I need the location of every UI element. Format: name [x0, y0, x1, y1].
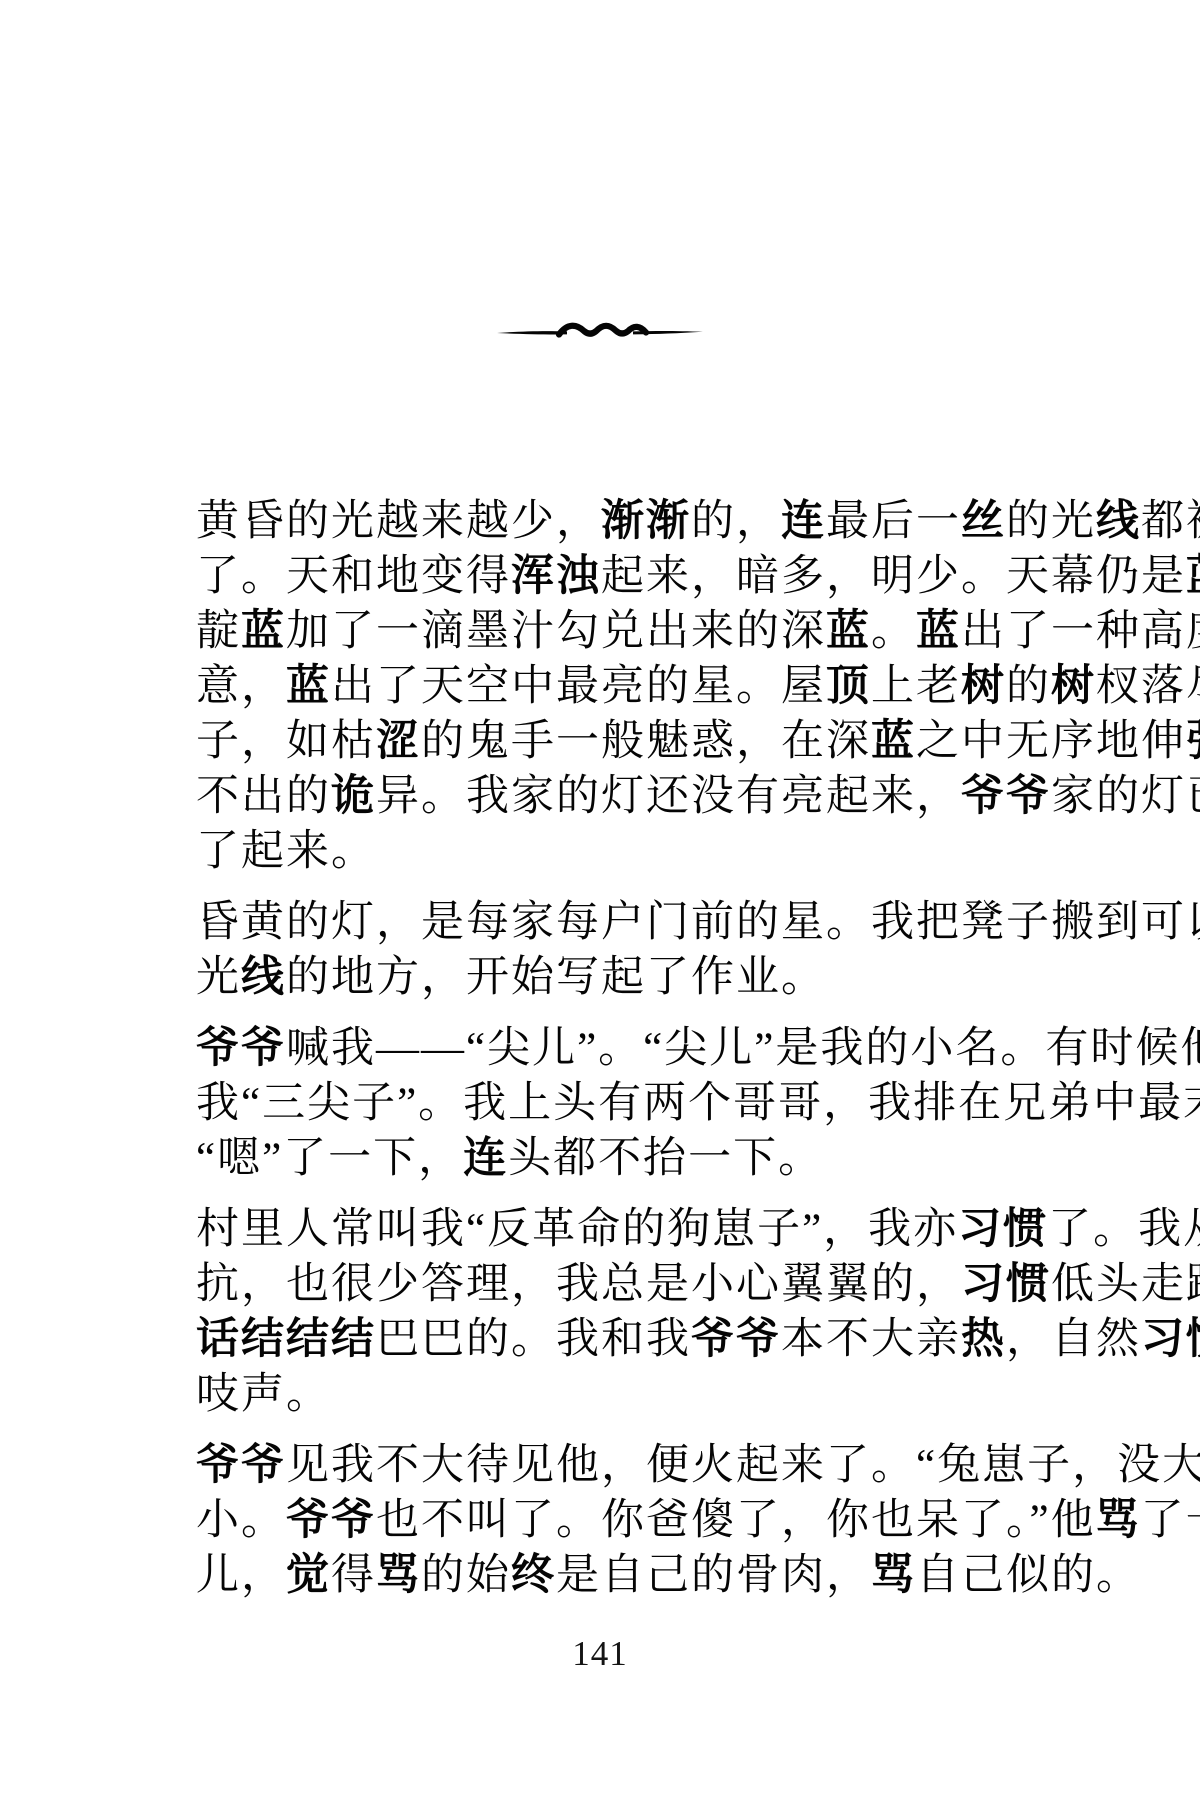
text-run: 了。我从不反 — [1048, 1206, 1200, 1253]
text-line: 靛蓝加了一滴墨汁勾兑出来的深蓝。蓝出了一种高度和深 — [196, 604, 1046, 659]
bold-text-run: 丝 — [961, 498, 1006, 545]
text-line: 儿，觉得骂的始终是自己的骨肉，骂自己似的。 — [196, 1548, 1046, 1603]
text-run: 上老 — [871, 663, 961, 710]
bold-text-run: 树 — [961, 663, 1006, 710]
bold-text-run: 蓝 — [241, 608, 286, 655]
text-run: 起来，暗多，明少。天幕仍是 — [601, 553, 1186, 600]
bold-text-run: 爷爷 — [196, 1025, 286, 1072]
text-line: 话结结结巴巴的。我和我爷爷本不大亲热，自然习惯了不 — [196, 1312, 1046, 1367]
text-line: 小。爷爷也不叫了。你爸傻了，你也呆了。”他骂了一会 — [196, 1493, 1046, 1548]
bold-text-run: 习惯 — [1141, 1316, 1200, 1363]
text-run: 的鬼手一般魅惑，在深 — [421, 718, 871, 765]
bold-text-run: 连 — [463, 1135, 508, 1182]
section-divider — [0, 0, 1200, 346]
bold-text-run: 爷爷 — [196, 1442, 286, 1489]
bold-text-run: 张 — [1186, 718, 1200, 765]
text-run: 。 — [871, 608, 916, 655]
text-run: 了一会 — [1141, 1497, 1200, 1544]
bold-text-run: 爷爷 — [286, 1497, 376, 1544]
text-run: 我“三尖子”。我上头有两个哥哥，我排在兄弟中最末。我 — [196, 1080, 1200, 1127]
text-run: “嗯”了一下， — [196, 1135, 463, 1182]
text-run: 不出的 — [196, 773, 331, 820]
rope-flourish-divider-icon — [495, 318, 705, 346]
bold-text-run: 浑浊 — [511, 553, 601, 600]
bold-text-run: 蓝 — [871, 718, 916, 765]
text-line: 爷爷喊我——“尖儿”。“尖儿”是我的小名。有时候他们喊 — [196, 1021, 1046, 1076]
text-run: 意， — [196, 663, 286, 710]
bold-text-run: 蓝 — [1186, 553, 1200, 600]
text-run: 的光 — [1006, 498, 1096, 545]
bold-text-run: 蓝 — [826, 608, 871, 655]
book-page: 黄昏的光越来越少，渐渐的，连最后一丝的光线都被收走了。天和地变得浑浊起来，暗多，… — [0, 0, 1200, 1603]
bold-text-run: 渐渐 — [601, 498, 691, 545]
bold-text-run: 话结结结 — [196, 1316, 376, 1363]
bold-text-run: 骂 — [376, 1552, 421, 1599]
bold-text-run: 习惯 — [958, 1206, 1048, 1253]
bold-text-run: 觉 — [286, 1552, 331, 1599]
text-run: 加了一滴墨汁勾兑出来的深 — [286, 608, 826, 655]
bold-text-run: 连 — [781, 498, 826, 545]
bold-text-run: 线 — [1096, 498, 1141, 545]
paragraph-2: 昏黄的灯，是每家每户门前的星。我把凳子搬到可以照到光线的地方，开始写起了作业。 — [196, 895, 1046, 1005]
bold-text-run: 线 — [241, 954, 286, 1001]
text-line: 黄昏的光越来越少，渐渐的，连最后一丝的光线都被收走 — [196, 494, 1046, 549]
bold-text-run: 终 — [511, 1552, 556, 1599]
text-run: 也不叫了。你爸傻了，你也呆了。”他 — [376, 1497, 1096, 1544]
bold-text-run: 骂 — [871, 1552, 916, 1599]
text-run: 了。天和地变得 — [196, 553, 511, 600]
paragraph-5: 爷爷见我不大待见他，便火起来了。“兔崽子，没大没小。爷爷也不叫了。你爸傻了，你也… — [196, 1438, 1046, 1603]
text-run: 杈落尽了叶 — [1096, 663, 1200, 710]
text-line: 我“三尖子”。我上头有两个哥哥，我排在兄弟中最末。我 — [196, 1076, 1046, 1131]
text-line: 抗，也很少答理，我总是小心翼翼的，习惯低头走路，说 — [196, 1257, 1046, 1312]
text-line: 子，如枯涩的鬼手一般魅惑，在深蓝之中无序地伸张，说 — [196, 714, 1046, 769]
text-line: 了起来。 — [196, 824, 1046, 879]
text-run: 出了一种高度和深 — [961, 608, 1200, 655]
text-run: 喊我——“尖儿”。“尖儿”是我的小名。有时候他 — [286, 1025, 1200, 1072]
text-run: 昏黄的灯，是每家每户门前的星。我把凳子搬到可以照到 — [196, 899, 1200, 946]
text-run: ，自然 — [1006, 1316, 1141, 1363]
text-run: 光 — [196, 954, 241, 1001]
bold-text-run: 诡 — [331, 773, 376, 820]
text-run: 是自己的骨肉， — [556, 1552, 871, 1599]
text-line: 了。天和地变得浑浊起来，暗多，明少。天幕仍是蓝，是 — [196, 549, 1046, 604]
text-run: 儿， — [196, 1552, 286, 1599]
text-line: 意，蓝出了天空中最亮的星。屋顶上老树的树杈落尽了叶 — [196, 659, 1046, 714]
text-run: 子，如枯 — [196, 718, 376, 765]
text-line: 昏黄的灯，是每家每户门前的星。我把凳子搬到可以照到 — [196, 895, 1046, 950]
text-run: 低头走路， — [1051, 1261, 1200, 1308]
text-run: 的， — [691, 498, 781, 545]
bold-text-run: 爷爷 — [691, 1316, 781, 1363]
text-line: 吱声。 — [196, 1367, 1046, 1422]
paragraph-1: 黄昏的光越来越少，渐渐的，连最后一丝的光线都被收走了。天和地变得浑浊起来，暗多，… — [196, 494, 1046, 879]
text-block: 黄昏的光越来越少，渐渐的，连最后一丝的光线都被收走了。天和地变得浑浊起来，暗多，… — [196, 494, 1046, 1603]
text-run: 本不大亲 — [781, 1316, 961, 1363]
text-run: 巴巴的。我和我 — [376, 1316, 691, 1363]
paragraph-4: 村里人常叫我“反革命的狗崽子”，我亦习惯了。我从不反抗，也很少答理，我总是小心翼… — [196, 1202, 1046, 1422]
text-line: “嗯”了一下，连头都不抬一下。 — [196, 1131, 1046, 1186]
text-run: 都被收走 — [1141, 498, 1200, 545]
text-line: 村里人常叫我“反革命的狗崽子”，我亦习惯了。我从不反 — [196, 1202, 1046, 1257]
text-run: 头都不抬一下。 — [508, 1135, 823, 1182]
page-number: 141 — [0, 1634, 1200, 1674]
text-line: 爷爷见我不大待见他，便火起来了。“兔崽子，没大没 — [196, 1438, 1046, 1493]
bold-text-run: 蓝 — [286, 663, 331, 710]
text-run: 吱声。 — [196, 1371, 331, 1418]
text-run: 了起来。 — [196, 828, 376, 875]
text-run: 之中无序地伸 — [916, 718, 1186, 765]
bold-text-run: 热 — [961, 1316, 1006, 1363]
text-run: 自己似的。 — [916, 1552, 1141, 1599]
bold-text-run: 顶 — [826, 663, 871, 710]
text-run: 最后一 — [826, 498, 961, 545]
text-run: 村里人常叫我“反革命的狗崽子”，我亦 — [196, 1206, 958, 1253]
text-run: 黄昏的光越来越少， — [196, 498, 601, 545]
text-run: 出了天空中最亮的星。屋 — [331, 663, 826, 710]
text-run: 抗，也很少答理，我总是小心翼翼的， — [196, 1261, 961, 1308]
bold-text-run: 爷爷 — [961, 773, 1051, 820]
text-run: 家的灯已经亮 — [1051, 773, 1200, 820]
bold-text-run: 树 — [1051, 663, 1096, 710]
text-run: 见我不大待见他，便火起来了。“兔崽子，没大没 — [286, 1442, 1200, 1489]
bold-text-run: 涩 — [376, 718, 421, 765]
text-run: 的地方，开始写起了作业。 — [286, 954, 826, 1001]
bold-text-run: 骂 — [1096, 1497, 1141, 1544]
bold-text-run: 蓝 — [916, 608, 961, 655]
text-run: 得 — [331, 1552, 376, 1599]
bold-text-run: 习惯 — [961, 1261, 1051, 1308]
paragraph-3: 爷爷喊我——“尖儿”。“尖儿”是我的小名。有时候他们喊我“三尖子”。我上头有两个… — [196, 1021, 1046, 1186]
text-line: 不出的诡异。我家的灯还没有亮起来，爷爷家的灯已经亮 — [196, 769, 1046, 824]
text-line: 光线的地方，开始写起了作业。 — [196, 950, 1046, 1005]
text-run: 靛 — [196, 608, 241, 655]
text-run: 的 — [1006, 663, 1051, 710]
text-run: 异。我家的灯还没有亮起来， — [376, 773, 961, 820]
text-run: 的始 — [421, 1552, 511, 1599]
text-run: 小。 — [196, 1497, 286, 1544]
